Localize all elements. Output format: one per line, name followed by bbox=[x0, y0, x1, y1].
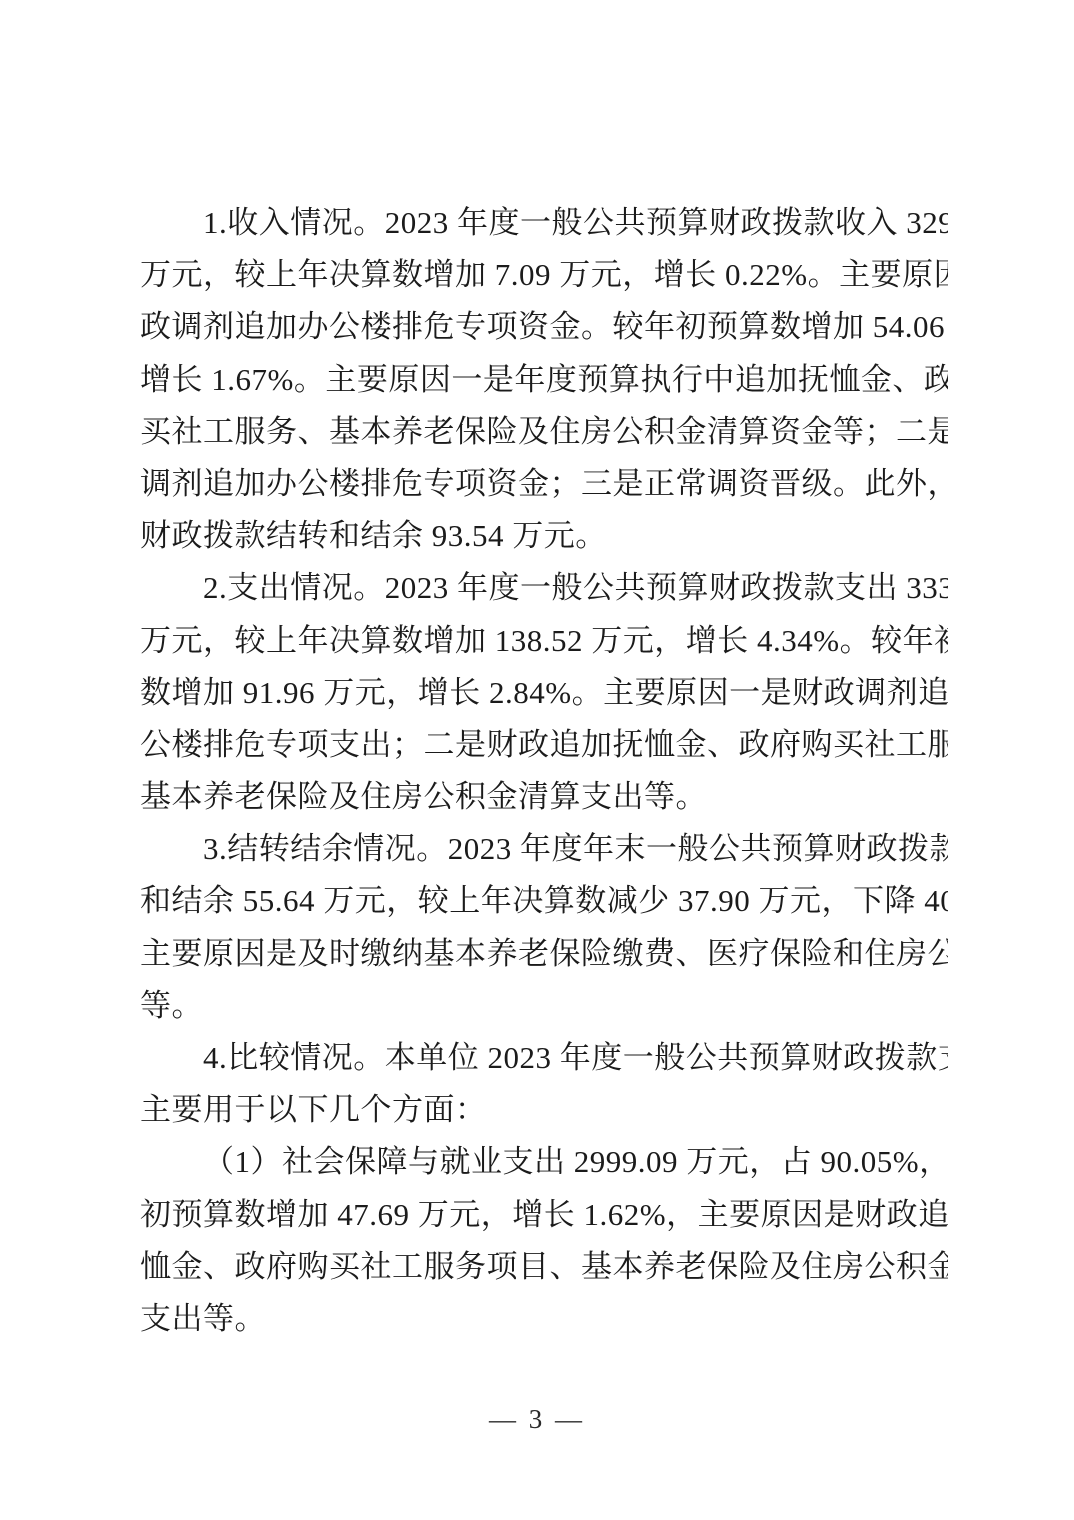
text-line: 3.结转结余情况。2023 年度年末一般公共预算财政拨款结转 bbox=[140, 823, 948, 875]
paragraph-carryover: 3.结转结余情况。2023 年度年末一般公共预算财政拨款结转 和结余 55.64… bbox=[140, 823, 948, 1032]
page-number: — 3 — bbox=[0, 1404, 1074, 1435]
text-line: 数增加 91.96 万元，增长 2.84%。主要原因一是财政调剂追加办 bbox=[140, 667, 948, 719]
text-line: 万元，较上年决算数增加 138.52 万元，增长 4.34%。较年初预算 bbox=[140, 615, 948, 667]
text-line: （1）社会保障与就业支出 2999.09 万元，占 90.05%，较年 bbox=[140, 1136, 948, 1188]
text-line: 恤金、政府购买社工服务项目、基本养老保险及住房公积金缴费 bbox=[140, 1241, 948, 1293]
paragraph-income: 1.收入情况。2023 年度一般公共预算财政拨款收入 3292.43 万元，较上… bbox=[140, 197, 948, 562]
document-body: 1.收入情况。2023 年度一般公共预算财政拨款收入 3292.43 万元，较上… bbox=[140, 197, 948, 1345]
text-line: 等。 bbox=[140, 980, 948, 1032]
text-line: 基本养老保险及住房公积金清算支出等。 bbox=[140, 771, 948, 823]
text-line: 万元，较上年决算数增加 7.09 万元，增长 0.22%。主要原因是财 bbox=[140, 249, 948, 301]
text-line: 主要原因是及时缴纳基本养老保险缴费、医疗保险和住房公积金 bbox=[140, 928, 948, 980]
text-line: 政调剂追加办公楼排危专项资金。较年初预算数增加 54.06 万元， bbox=[140, 301, 948, 353]
paragraph-social-security: （1）社会保障与就业支出 2999.09 万元，占 90.05%，较年 初预算数… bbox=[140, 1136, 948, 1345]
document-page: 1.收入情况。2023 年度一般公共预算财政拨款收入 3292.43 万元，较上… bbox=[0, 0, 1074, 1520]
text-line: 初预算数增加 47.69 万元，增长 1.62%，主要原因是财政追加抚 bbox=[140, 1189, 948, 1241]
text-line: 支出等。 bbox=[140, 1293, 948, 1345]
text-line: 公楼排危专项支出；二是财政追加抚恤金、政府购买社工服务、 bbox=[140, 719, 948, 771]
text-line: 财政拨款结转和结余 93.54 万元。 bbox=[140, 510, 948, 562]
text-line: 4.比较情况。本单位 2023 年度一般公共预算财政拨款支出 bbox=[140, 1032, 948, 1084]
text-line: 买社工服务、基本养老保险及住房公积金清算资金等；二是财政 bbox=[140, 406, 948, 458]
text-line: 增长 1.67%。主要原因一是年度预算执行中追加抚恤金、政府购 bbox=[140, 354, 948, 406]
text-line: 和结余 55.64 万元，较上年决算数减少 37.90 万元，下降 40.52%… bbox=[140, 875, 948, 927]
text-line: 主要用于以下几个方面： bbox=[140, 1084, 948, 1136]
text-line: 1.收入情况。2023 年度一般公共预算财政拨款收入 3292.43 bbox=[140, 197, 948, 249]
text-line: 2.支出情况。2023 年度一般公共预算财政拨款支出 3330.33 bbox=[140, 562, 948, 614]
paragraph-comparison: 4.比较情况。本单位 2023 年度一般公共预算财政拨款支出 主要用于以下几个方… bbox=[140, 1032, 948, 1136]
paragraph-expenditure: 2.支出情况。2023 年度一般公共预算财政拨款支出 3330.33 万元，较上… bbox=[140, 562, 948, 823]
text-line: 调剂追加办公楼排危专项资金；三是正常调资晋级。此外，年初 bbox=[140, 458, 948, 510]
